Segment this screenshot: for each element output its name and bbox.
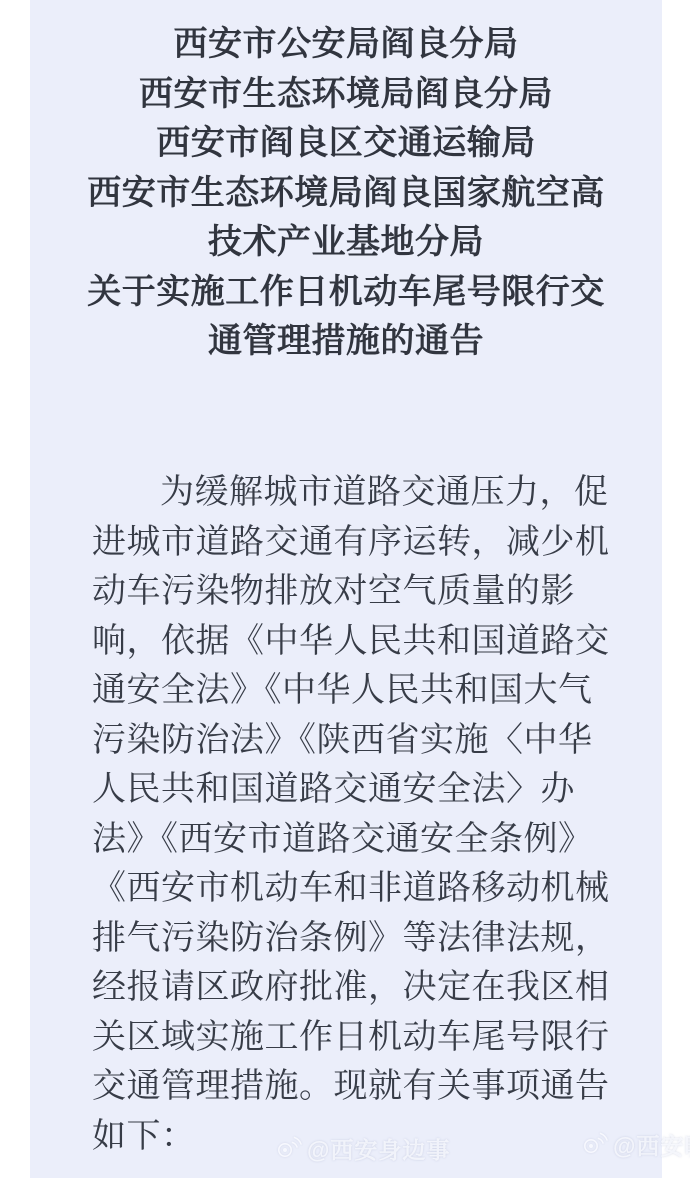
- title-line: 西安市生态环境局阎良分局: [30, 70, 662, 120]
- body-line: 排气污染防治条例》等法律法规，: [92, 914, 632, 964]
- body-line: 《西安市机动车和非道路移动机械: [92, 864, 632, 914]
- body-line: 关区域实施工作日机动车尾号限行: [92, 1013, 632, 1063]
- body-line: 经报请区政府批准，决定在我区相: [92, 963, 632, 1013]
- notice-body-paragraph: 为缓解城市道路交通压力，促 进城市道路交通有序运转，减少机 动车污染物排放对空气…: [92, 468, 632, 1161]
- body-line: 动车污染物排放对空气质量的影: [92, 567, 632, 617]
- weibo-icon: [276, 1134, 303, 1164]
- title-line: 通管理措施的通告: [30, 317, 662, 367]
- body-line: 法》《西安市道路交通安全条例》: [92, 815, 632, 865]
- watermark-label: @西安晚报: [613, 1128, 690, 1161]
- body-line: 通安全法》《中华人民共和国大气: [92, 666, 632, 716]
- title-line: 西安市公安局阎良分局: [30, 20, 662, 70]
- body-line: 人民共和国道路交通安全法〉办: [92, 765, 632, 815]
- watermark-right: @西安晚报: [582, 1128, 690, 1161]
- title-line: 技术产业基地分局: [30, 218, 662, 268]
- weibo-icon: [582, 1130, 609, 1160]
- title-line: 西安市阎良区交通运输局: [30, 119, 662, 169]
- watermark-center: @西安身边事: [276, 1132, 450, 1165]
- notice-screenshot: 西安市公安局阎良分局 西安市生态环境局阎良分局 西安市阎良区交通运输局 西安市生…: [0, 0, 690, 1178]
- body-line: 为缓解城市道路交通压力，促: [92, 468, 632, 518]
- body-line: 污染防治法》《陕西省实施〈中华: [92, 716, 632, 766]
- watermark-label: @西安身边事: [307, 1132, 450, 1165]
- body-line: 响，依据《中华人民共和国道路交: [92, 617, 632, 667]
- notice-panel: 西安市公安局阎良分局 西安市生态环境局阎良分局 西安市阎良区交通运输局 西安市生…: [30, 0, 662, 1178]
- title-line: 西安市生态环境局阎良国家航空高: [30, 169, 662, 219]
- body-line: 进城市道路交通有序运转，减少机: [92, 518, 632, 568]
- title-line: 关于实施工作日机动车尾号限行交: [30, 268, 662, 318]
- notice-title: 西安市公安局阎良分局 西安市生态环境局阎良分局 西安市阎良区交通运输局 西安市生…: [30, 20, 662, 367]
- body-line: 交通管理措施。现就有关事项通告: [92, 1062, 632, 1112]
